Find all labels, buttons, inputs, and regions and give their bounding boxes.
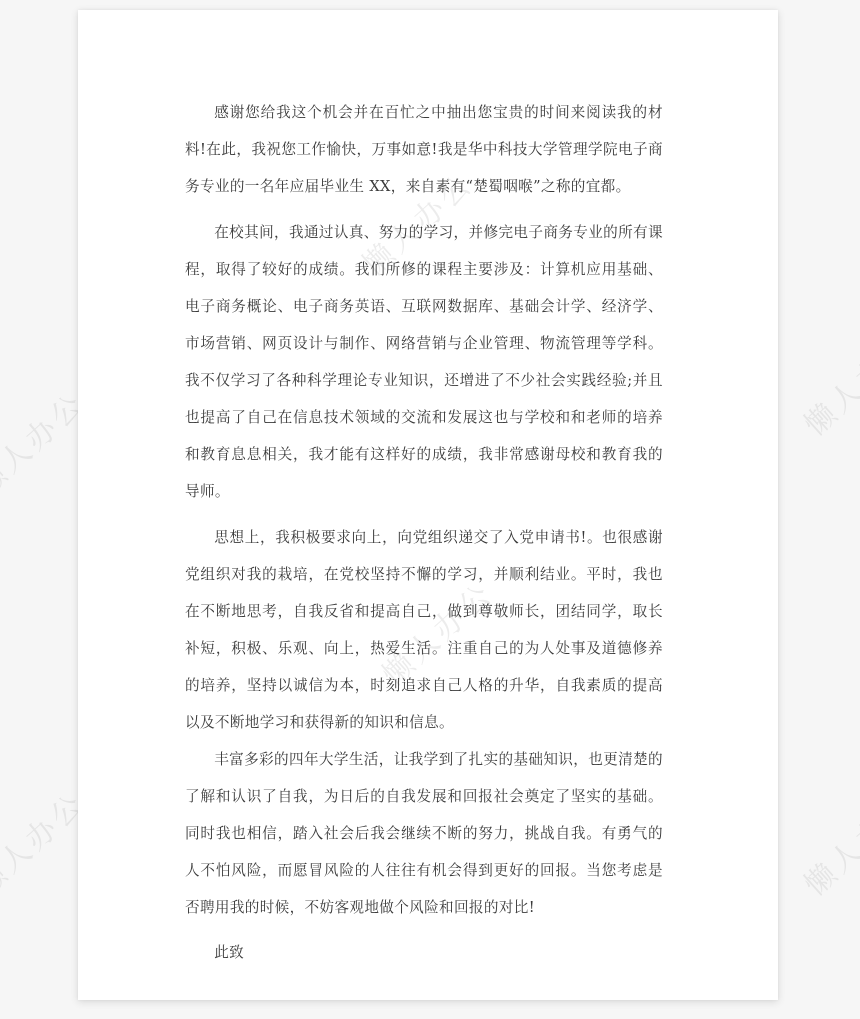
document-page: 懒人办公 懒人办公 感谢您给我这个机会并在百忙之中抽出您宝贵的时间来阅读我的材料…	[78, 10, 778, 1000]
closing-salutation: 此致	[185, 934, 663, 971]
watermark: 懒人办公	[793, 320, 860, 444]
paragraph-ideology: 思想上，我积极要求向上，向党组织递交了入党申请书!。也很感谢党组织对我的栽培，在…	[185, 519, 663, 741]
document-body: 感谢您给我这个机会并在百忙之中抽出您宝贵的时间来阅读我的材料!在此，我祝您工作愉…	[185, 94, 663, 971]
paragraph-intro: 感谢您给我这个机会并在百忙之中抽出您宝贵的时间来阅读我的材料!在此，我祝您工作愉…	[185, 94, 663, 205]
document-viewer[interactable]: 懒人办公 懒人办公 懒人办公 懒人办公 懒人办公 懒人办公 感谢您给我这个机会并…	[0, 0, 860, 1019]
watermark: 懒人办公	[793, 780, 860, 904]
paragraph-conclusion: 丰富多彩的四年大学生活，让我学到了扎实的基础知识，也更清楚的了解和认识了自我，为…	[185, 741, 663, 926]
paragraph-studies: 在校其间，我通过认真、努力的学习，并修完电子商务专业的所有课程，取得了较好的成绩…	[185, 214, 663, 510]
